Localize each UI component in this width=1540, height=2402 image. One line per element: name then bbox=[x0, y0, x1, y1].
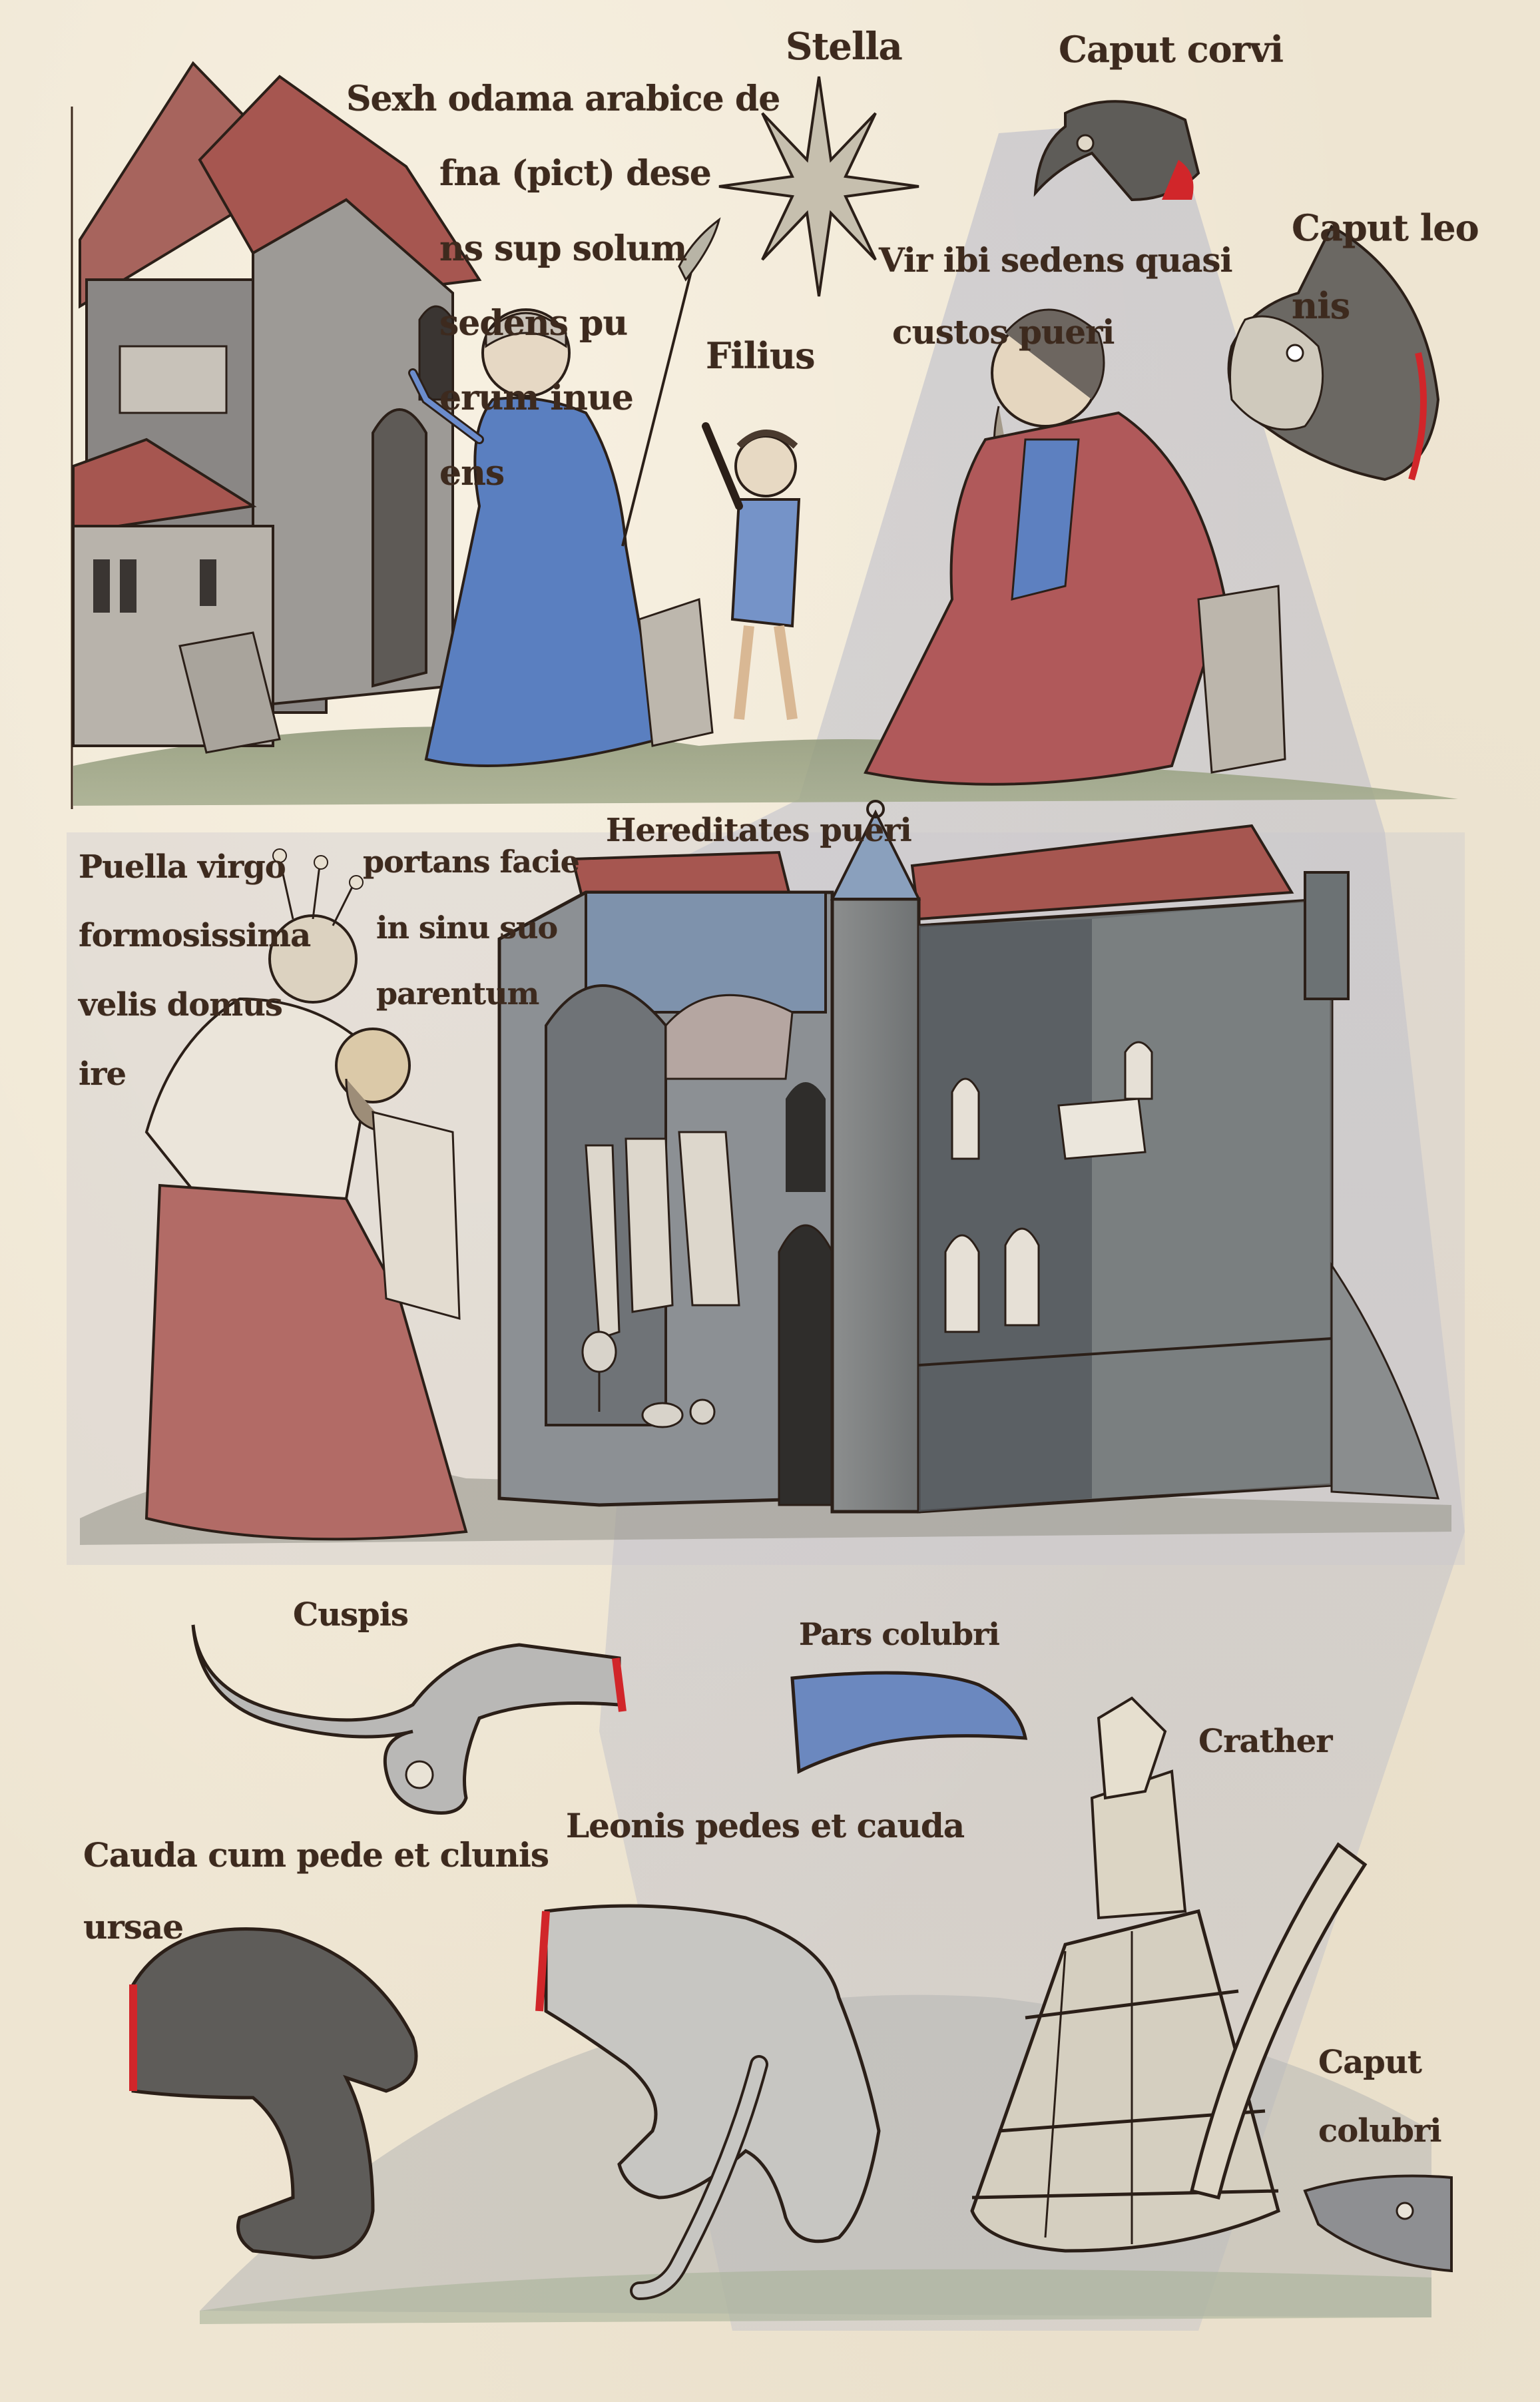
caption-line: velis domus bbox=[79, 988, 310, 1023]
caption-hereditates: Hereditates pueri bbox=[606, 814, 911, 848]
manuscript-page: Sexh odama arabice de fna (pict) dese ns… bbox=[0, 0, 1540, 2402]
caption-caput-leonis: Caput leo nis bbox=[1292, 170, 1479, 364]
caption-line: custos pueri bbox=[879, 314, 1232, 350]
caption-dream-text: Sexh odama arabice de fna (pict) dese ns… bbox=[346, 43, 780, 529]
caption-line: formosissima bbox=[79, 919, 310, 954]
caption-line: Vir ibi sedens quasi bbox=[879, 242, 1232, 278]
caption-line: portans facie bbox=[363, 846, 579, 879]
caption-line: in sinu suo bbox=[363, 912, 579, 945]
caption-line: Sexh odama arabice de bbox=[346, 81, 780, 118]
caption-line: Caput leo bbox=[1292, 208, 1479, 247]
caption-stella: Stella bbox=[786, 27, 902, 67]
caption-line: nis bbox=[1292, 286, 1479, 325]
caption-portans-text: portans facie in sinu suo parentum bbox=[363, 812, 579, 1044]
caption-caput-colubri: Caput colubri bbox=[1318, 2011, 1441, 2184]
caption-filius: Filius bbox=[706, 336, 815, 375]
caption-leonis-text: Leonis pedes et cauda bbox=[566, 1808, 964, 1844]
caption-line: colubri bbox=[1318, 2114, 1441, 2149]
caption-cuspis: Cuspis bbox=[293, 1598, 408, 1633]
caption-line: erum inue bbox=[346, 380, 780, 417]
caption-line: Caput bbox=[1318, 2046, 1441, 2080]
caption-crather: Crather bbox=[1198, 1725, 1332, 1759]
caption-line: Cauda cum pede et clunis bbox=[83, 1837, 549, 1873]
caption-line: ire bbox=[79, 1057, 310, 1092]
caption-line: fna (pict) dese bbox=[346, 155, 780, 192]
caption-pars-colubri: Pars colubri bbox=[799, 1618, 999, 1651]
serpent-tail-cuspis-icon bbox=[193, 1625, 623, 1813]
caption-line: parentum bbox=[363, 978, 579, 1011]
caption-vir-text: Vir ibi sedens quasi custos pueri bbox=[879, 206, 1232, 386]
caption-line: ursae bbox=[83, 1909, 549, 1945]
caption-cauda-text: Cauda cum pede et clunis ursae bbox=[83, 1801, 549, 1981]
caption-puella-text: Puella virgo formosissima velis domus ir… bbox=[79, 816, 310, 1126]
caption-line: ens bbox=[346, 455, 780, 492]
caption-line: Puella virgo bbox=[79, 850, 310, 885]
caption-caput-corvi: Caput corvi bbox=[1059, 30, 1283, 69]
caption-line: ns sup solum bbox=[346, 230, 780, 268]
castle-treasury-icon bbox=[499, 801, 1438, 1512]
